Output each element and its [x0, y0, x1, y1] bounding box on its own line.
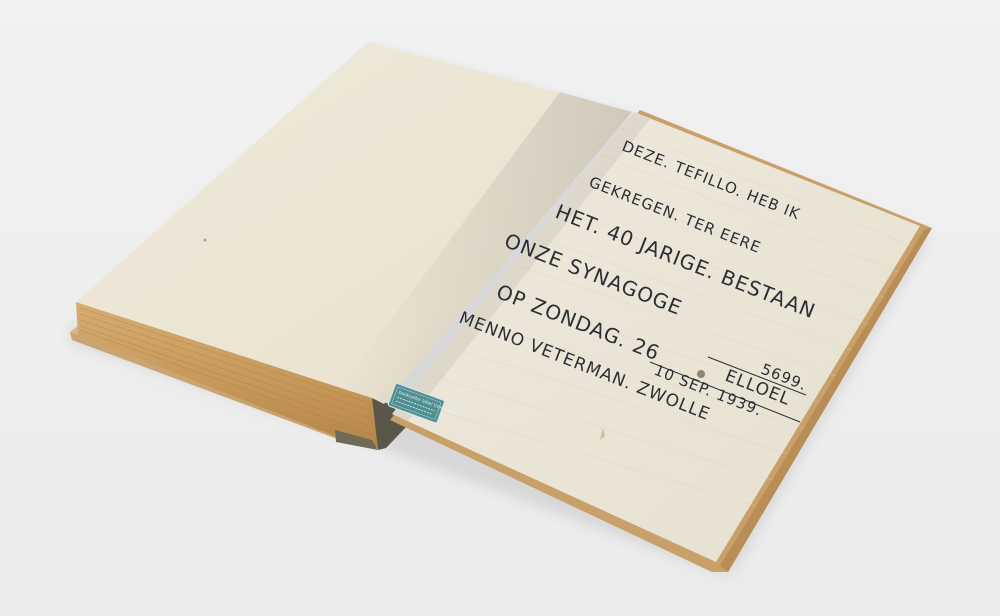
ink-blot — [697, 370, 705, 378]
photo-scene: bookseller label (text illegible) DEZE. … — [0, 0, 1000, 616]
page-blemish — [203, 238, 206, 241]
